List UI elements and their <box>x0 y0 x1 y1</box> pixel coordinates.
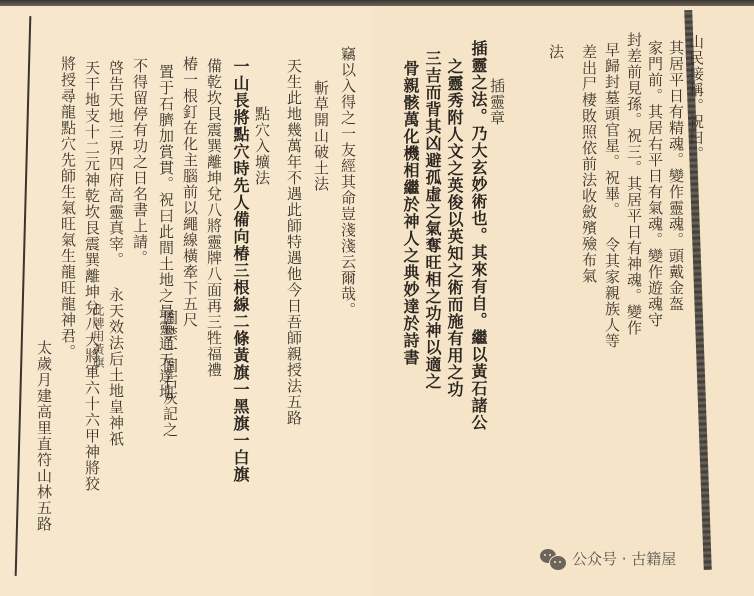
left-page-column: 天生此地幾萬年不遇此師特遇他今日吾師親授法五路 <box>286 58 301 426</box>
right-page-column: 竊以入得之一友經其命豈淺淺云爾哉。 <box>340 46 355 318</box>
right-page-column: 三吉而背其凶避孤虛之氣奪旺相之功神以適之 <box>424 50 440 390</box>
watermark-text: 公众号 · 古籍屋 <box>572 548 676 569</box>
left-page-column: 椿一根釘在化主腦前以繩線橫牽下五尺 <box>182 56 197 328</box>
left-page-column: 啓告天地三界四府高靈真宰。 永天效法后土地皇神祇 <box>108 60 123 447</box>
left-page-column: 斬草開山破土法 <box>313 80 328 192</box>
left-page-column: 圍禁一圍石灰記之 <box>162 310 177 438</box>
right-page-column: 骨親骸萬化機相繼於神人之典妙達於詩書 <box>402 60 418 366</box>
left-page-column: 將授尋龍點穴先師生氣旺氣生龍旺龍神君。 <box>60 56 75 360</box>
right-page-column: 家門前。其居右平日有氣魂。變作遊魂守 <box>647 40 662 328</box>
watermark: 公众号 · 古籍屋 <box>540 548 676 569</box>
left-page-column: 天干地支十二元神乾坎艮震巽離坤兌八大將軍六十六甲神將狡 <box>84 60 99 492</box>
right-page-column: 差出尸棲敗照依前法收斂殯殮布氣 <box>581 44 596 284</box>
right-page-column: 早歸封墓頭官星。祝畢。 令其家親族人等 <box>604 42 619 349</box>
left-page-column: 太歲月建高里直符山林五路 <box>36 340 51 532</box>
left-page-column: 此牌用黃旗 <box>92 304 104 369</box>
right-page-column: 法 <box>548 44 563 60</box>
right-page-column: 山民接稱。祝曰。 <box>688 34 703 162</box>
left-page-column: 點穴入壙法 <box>254 106 269 186</box>
wechat-icon <box>540 549 566 569</box>
left-page-column: 不得留停有功之日名書上請。 <box>132 58 147 266</box>
left-page-column: 一山長將點穴時先人備向椿三根線二條黃旗一黑旗一白旗 <box>232 58 248 483</box>
right-page-column: 封差前見孫。祝三。其居平日有神魂。變作 <box>626 32 641 336</box>
right-page-column: 之靈秀附人文之英俊以英知之術而施有用之功 <box>446 58 462 398</box>
left-page-column: 備乾坎艮震巽離坤兌八將靈牌八面再三牲福禮 <box>206 58 221 378</box>
right-page-column: 插靈之法。乃大玄妙術也。其來有自。繼以黃石諸公 <box>470 40 486 431</box>
right-page-column: 其居平日有精魂。變作靈魂。頭戴金盔 <box>668 40 683 312</box>
right-page-column: 插靈章 <box>489 78 504 126</box>
